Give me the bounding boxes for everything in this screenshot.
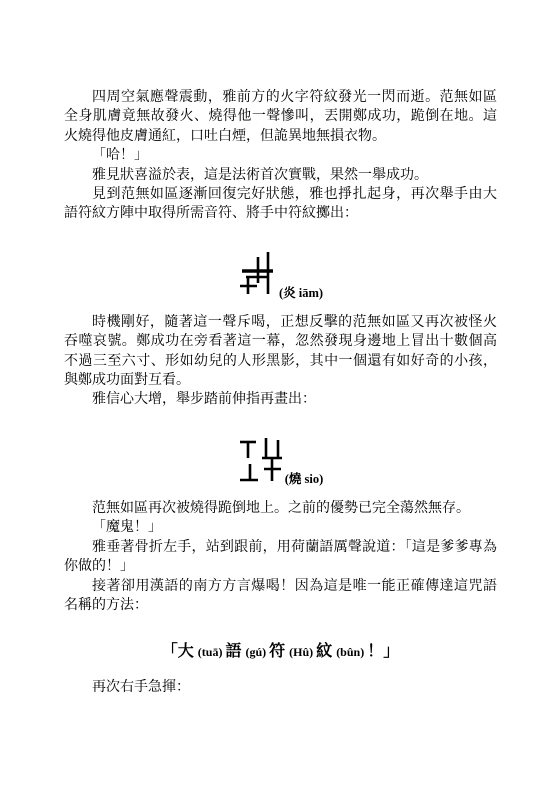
paragraph-10: 接著卻用漢語的南方方言爆喝！因為這是唯一能正確傳達這咒語名稱的方法： — [64, 577, 497, 616]
sigil-iam-caption: (炎 iām) — [279, 283, 323, 301]
spell-open-bracket: 「 — [162, 643, 178, 660]
spell-romanization-2: (gú) — [245, 645, 266, 659]
document-page: 四周空氣應聲震動，雅前方的火字符紋發光一閃而逝。范無如區全身肌膚竟無故發火、燒得… — [0, 0, 559, 794]
spell-char-3: 符 — [269, 643, 285, 660]
sigil-iam-glyph-icon — [238, 250, 278, 298]
spell-char-1: 大 — [178, 643, 194, 660]
paragraph-11: 再次右手急揮： — [64, 678, 497, 697]
spell-romanization-4: (bûn) — [336, 645, 364, 659]
spell-char-2: 語 — [225, 643, 241, 660]
paragraph-9: 雅垂著骨折左手，站到跟前，用荷蘭語厲聲說道：「這是爹爹專為你做的！」 — [64, 538, 497, 577]
spell-romanization-3: (Hû) — [289, 645, 313, 659]
sigil-figure-iam: (炎 iām) — [64, 248, 497, 298]
sigil-sio-caption: (燒 sio) — [285, 469, 324, 487]
paragraph-2-exclamation: 「哈！」 — [64, 146, 497, 165]
spell-char-4: 紋 — [316, 643, 332, 660]
paragraph-7: 范無如區再次被燒得跪倒地上。之前的優勢已完全蕩然無存。 — [64, 499, 497, 518]
sigil-figure-sio: (燒 sio) — [64, 434, 497, 484]
paragraph-3: 雅見狀喜溢於表，這是法術首次實戰，果然一舉成功。 — [64, 166, 497, 185]
spell-name-line: 「大(tuā)語(gú)符(Hû)紋(bûn)！」 — [64, 641, 497, 663]
spell-romanization-1: (tuā) — [198, 645, 223, 659]
paragraph-1: 四周空氣應聲震動，雅前方的火字符紋發光一閃而逝。范無如區全身肌膚竟無故發火、燒得… — [64, 88, 497, 146]
sigil-sio-glyph-icon — [238, 436, 284, 484]
spell-close-bracket: ！」 — [367, 643, 399, 660]
paragraph-8-exclamation: 「魔鬼！」 — [64, 518, 497, 537]
paragraph-4: 見到范無如區逐漸回復完好狀態，雅也掙扎起身，再次舉手由大語符紋方陣中取得所需音符… — [64, 185, 497, 224]
paragraph-5: 時機剛好，隨著這一聲斥喝，正想反擊的范無如區又再次被怪火吞噬哀號。鄭成功在旁看著… — [64, 313, 497, 391]
paragraph-6: 雅信心大增，舉步踏前伸指再畫出： — [64, 390, 497, 409]
